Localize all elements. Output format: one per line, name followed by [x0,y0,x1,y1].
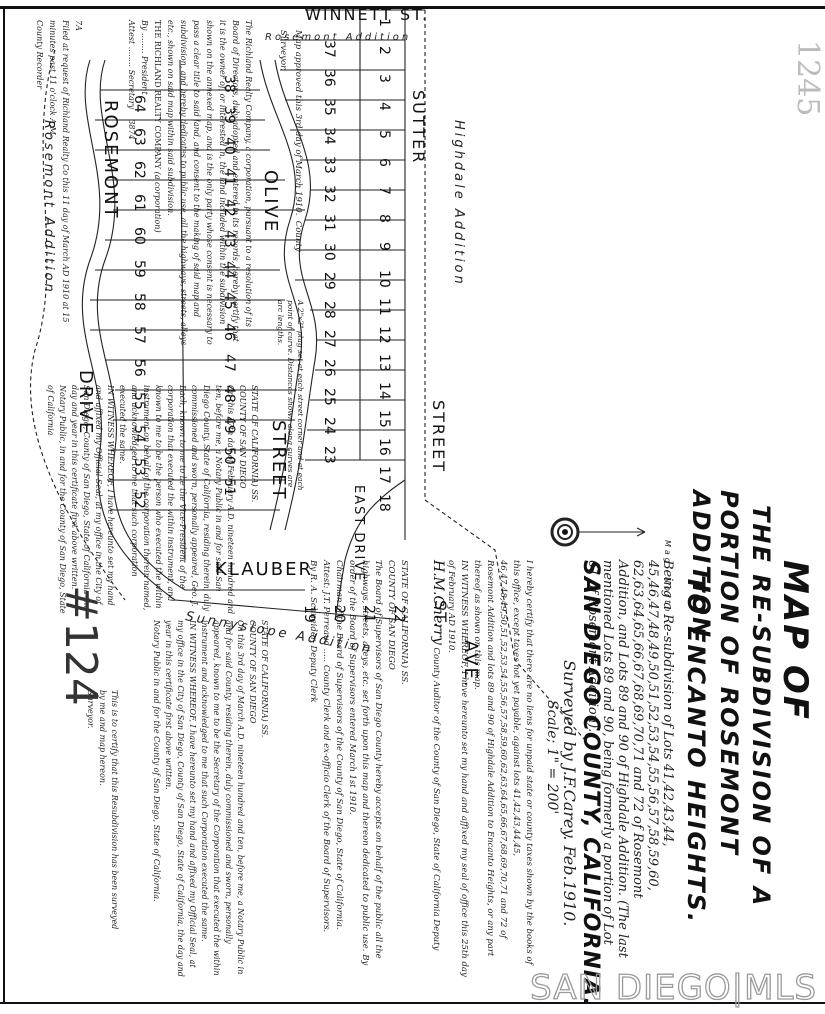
lot-number: 48 [221,385,237,403]
lot-number: 2 [376,46,392,55]
lot-number: 50 [221,447,237,465]
lot-number: 64 [131,95,147,113]
lot-number: 25 [321,388,337,406]
lot-number: 18 [376,494,392,512]
lot-number: 9 [376,242,392,251]
lot-number: 44 [221,261,237,279]
lot-number: 24 [321,417,337,435]
lot-number: 35 [321,98,337,116]
lot-number: 38 [221,75,237,93]
lot-number: 4 [376,102,392,111]
lot-number: 55 [131,392,147,410]
lot-number: 59 [131,260,147,278]
label-rosemont-addition-north: Rosemont Addition [265,32,411,43]
lot-number: 14 [376,382,392,400]
street-east-drive: EAST DRIVE [351,485,366,582]
handwritten-number: #124 [55,585,106,706]
lot-number: 54 [131,425,147,443]
lot-number: 37 [321,40,337,58]
lot-number: 61 [131,194,147,212]
lot-number: 12 [376,326,392,344]
lot-number: 40 [221,137,237,155]
subdivision-plat: WINNETT ST. SUTTER ROSEMONT OLIVE DRIVE … [0,0,825,1014]
lot-number: 19 [301,605,317,623]
street-ave: AVE. [460,640,481,689]
lot-number: 58 [131,293,147,311]
street-rosemont: ROSEMONT [100,100,121,220]
lot-number: 60 [131,227,147,245]
lot-number: 29 [321,272,337,290]
lot-number: 1 [376,18,392,27]
lot-number: 46 [221,323,237,341]
lot-number: 33 [321,156,337,174]
lot-number: 53 [131,458,147,476]
lot-number: 28 [321,301,337,319]
rotated-document: MAP OF THE RE-SUBDIVISION OF A PORTION O… [0,0,825,1014]
lot-number: 52 [131,491,147,509]
street-highdale-street: STREET [429,400,448,473]
north-label: Mag. North [663,540,672,614]
corner-number: 1245 [800,40,815,116]
lot-number: 45 [221,292,237,310]
lot-number: 7 [376,186,392,195]
lot-number: 23 [321,446,337,464]
lot-number: 11 [376,298,392,316]
lot-number: 15 [376,410,392,428]
lot-number: 63 [131,128,147,146]
lot-number: 62 [131,161,147,179]
lot-number: 42 [221,199,237,217]
lot-number: 16 [376,438,392,456]
lot-number: 8 [376,214,392,223]
lot-number: 6 [376,158,392,167]
lot-number: 3 [376,74,392,83]
lot-number: 41 [221,168,237,186]
street-olive-street: STREET [268,420,289,501]
lot-number: 21 [361,605,377,623]
lot-number: 17 [376,466,392,484]
lot-number: 43 [221,230,237,248]
lot-number: 36 [321,69,337,87]
label-highdale-addition: Highdale Addition [451,120,466,287]
lot-number: 30 [321,243,337,261]
scanned-map-sheet: MAP OF THE RE-SUBDIVISION OF A PORTION O… [0,0,825,1014]
lot-number: 32 [321,185,337,203]
lot-number: 10 [376,270,392,288]
lot-number: 20 [331,605,347,623]
label-rosemont-addition-west: Rosemont Addition [41,120,56,295]
lot-number: 47 [221,354,237,372]
lot-number: 51 [221,478,237,496]
street-winnett: WINNETT ST. [305,5,429,24]
lot-number: 57 [131,326,147,344]
lot-number: 39 [221,106,237,124]
lot-number: 22 [391,605,407,623]
street-klauber: KLAUBER [215,559,313,580]
lot-number: 49 [221,416,237,434]
lot-number: 13 [376,354,392,372]
street-olive: OLIVE [260,170,281,233]
lot-number: 31 [321,214,337,232]
lot-number: 34 [321,127,337,145]
mls-watermark: SAN DIEGO|MLS [530,968,817,1008]
street-sutter: SUTTER [409,90,428,164]
lot-number: 56 [131,359,147,377]
lot-number: 5 [376,130,392,139]
street-st: ST. [431,600,450,629]
lot-number: 27 [321,330,337,348]
street-drive: DRIVE [75,370,96,435]
lot-number: 26 [321,359,337,377]
